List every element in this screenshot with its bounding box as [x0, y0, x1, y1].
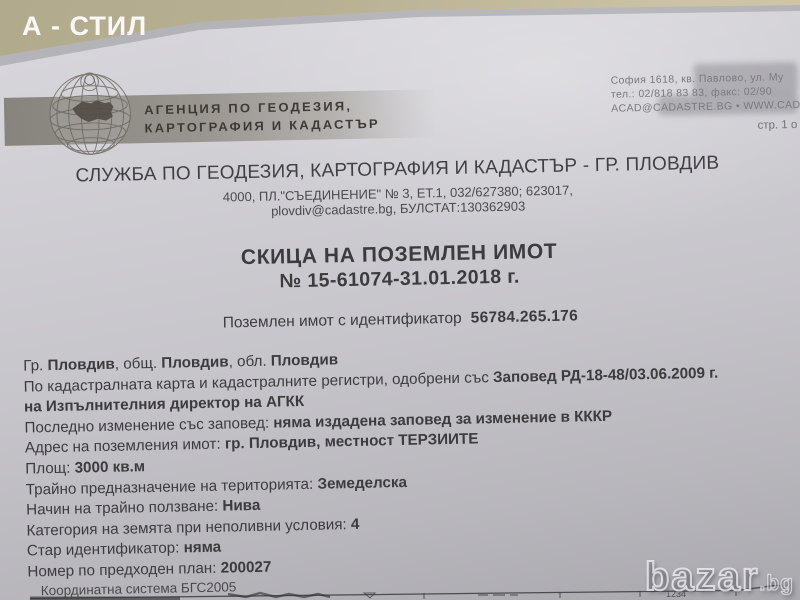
parcel-identifier-value: 56784.265.176 — [471, 307, 579, 326]
agency-name-line2: КАРТОГРАФИЯ И КАДАСТЪР — [144, 114, 380, 137]
seller-watermark: А - СТИЛ — [22, 11, 147, 42]
document-fields: Гр. Пловдив, общ. Пловдив, обл. ПловдивП… — [23, 343, 722, 583]
bazar-watermark-name: bazar — [645, 555, 760, 599]
page-number: стр. 1 о — [757, 119, 797, 132]
parcel-identifier-label: Поземлен имот с идентификатор — [223, 310, 462, 332]
photo-frame: АГЕНЦИЯ ПО ГЕОДЕЗИЯ, КАРТОГРАФИЯ И КАДАС… — [0, 0, 800, 600]
document-content: АГЕНЦИЯ ПО ГЕОДЕЗИЯ, КАРТОГРАФИЯ И КАДАС… — [0, 0, 800, 600]
agency-contact-block: София 1618, кв. Павлово, ул. Му тел.: 02… — [611, 71, 800, 116]
globe-logo-icon — [40, 62, 140, 162]
bazar-watermark: bazar.bg — [645, 557, 794, 597]
bazar-watermark-tld: .bg — [760, 572, 795, 595]
parcel-identifier-line: Поземлен имот с идентификатор56784.265.1… — [0, 303, 800, 337]
agency-name: АГЕНЦИЯ ПО ГЕОДЕЗИЯ, КАРТОГРАФИЯ И КАДАС… — [144, 96, 380, 137]
